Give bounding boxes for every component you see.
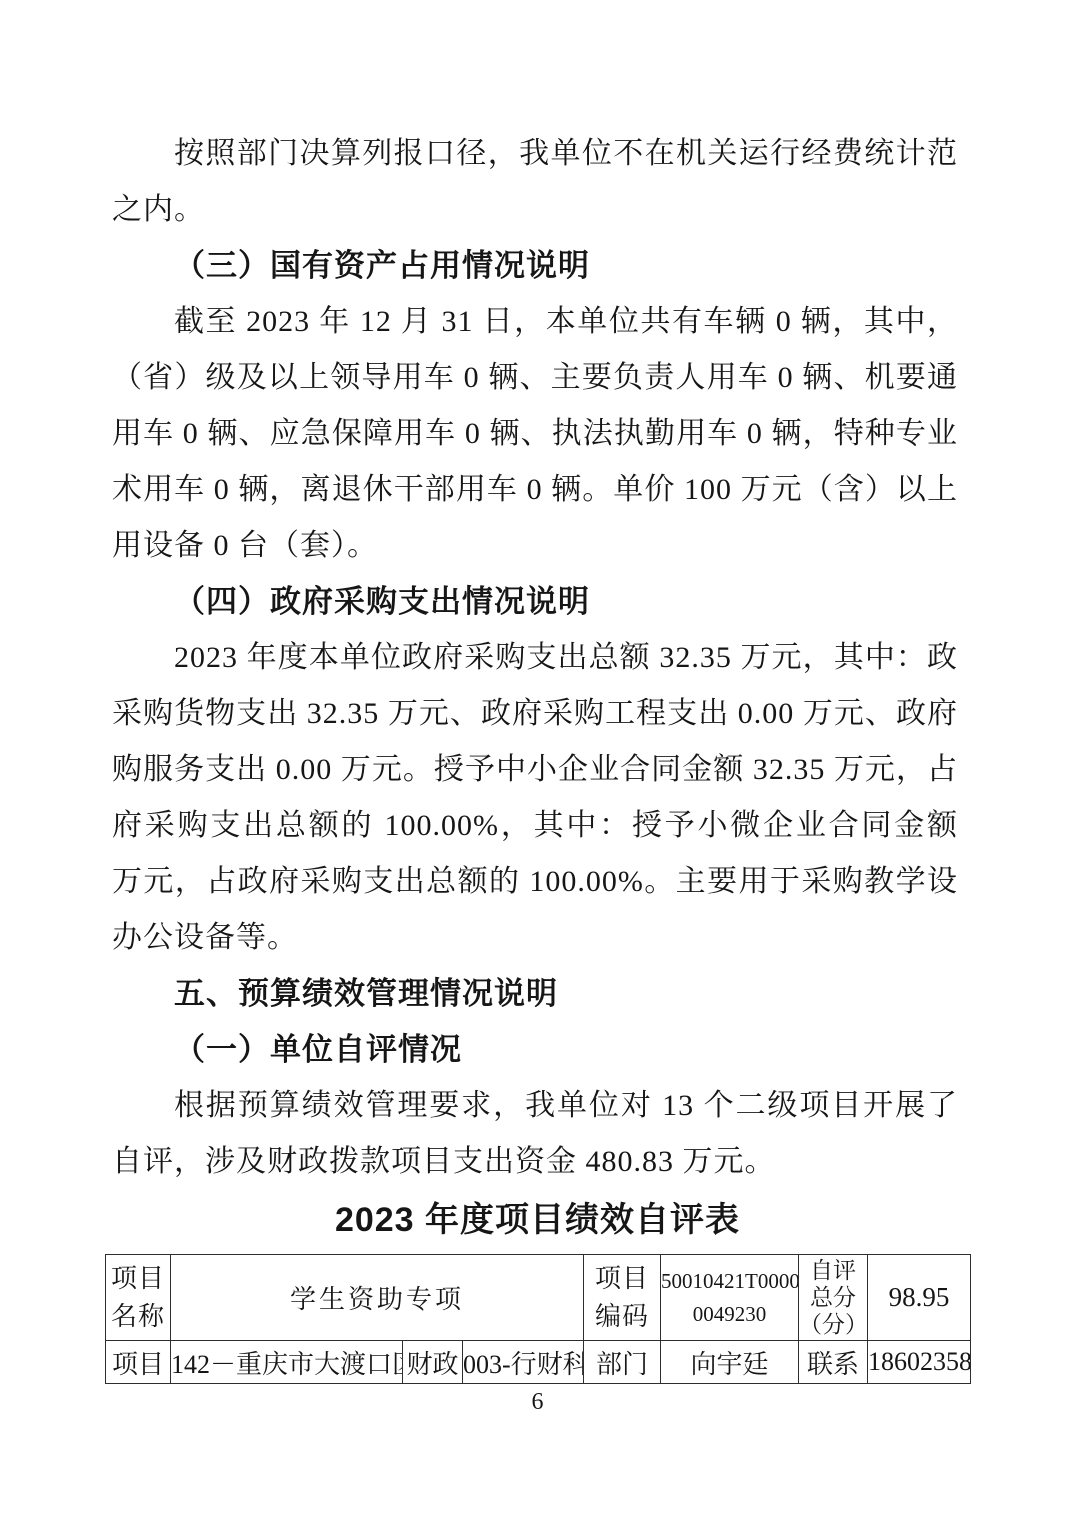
self-evaluation-table: 项目 名称 学生资助专项 项目 编码 50010421T00000 004923… (105, 1254, 971, 1384)
project-name-label-cell: 项目 名称 (106, 1255, 171, 1341)
table-row: 项目 名称 学生资助专项 项目 编码 50010421T00000 004923… (106, 1255, 971, 1341)
section-cell: 003-行财科 (463, 1341, 584, 1384)
document-page: 按照部门决算列报口径，我单位不在机关运行经费统计范围之内。（三）国有资产占用情况… (0, 0, 1074, 1520)
label-line: 项目 (584, 1260, 660, 1298)
table-row: 项目 142－重庆市大渡口区教育 财政 003-行财科 部门 向宇廷 联系 18… (106, 1341, 971, 1384)
section-heading: （一）单位自评情况 (112, 1022, 958, 1078)
text-line: 之内。 (112, 182, 958, 238)
row2-label-cell: 项目 (106, 1341, 171, 1384)
text-line: 用车 0 辆、应急保障用车 0 辆、执法执勤用车 0 辆，特种专业技 (112, 406, 958, 462)
contact-label-cell: 联系 (799, 1341, 868, 1384)
text-line: （省）级及以上领导用车 0 辆、主要负责人用车 0 辆、机要通信 (112, 350, 958, 406)
contact-phone-cell: 1860235863 (868, 1341, 971, 1384)
code-line: 0049230 (661, 1298, 798, 1331)
text-line: 万元，占政府采购支出总额的 100.00%。主要用于采购教学设备、 (112, 854, 958, 910)
label-line: （分） (799, 1311, 867, 1338)
text-line: 用设备 0 台（套）。 (112, 518, 958, 574)
label-line: 编码 (584, 1298, 660, 1336)
text-line: 购服务支出 0.00 万元。授予中小企业合同金额 32.35 万元，占政 (112, 742, 958, 798)
self-score-label-cell: 自评 总分 （分） (799, 1255, 868, 1341)
project-code-label-cell: 项目 编码 (584, 1255, 661, 1341)
label-line: 总分 (799, 1284, 867, 1311)
text-line: 采购货物支出 32.35 万元、政府采购工程支出 0.00 万元、政府采 (112, 686, 958, 742)
label-line: 名称 (106, 1298, 170, 1336)
unit-name-cell: 142－重庆市大渡口区教育 (171, 1341, 403, 1384)
table-title: 2023 年度项目绩效自评表 (105, 1196, 970, 1244)
section-heading: （三）国有资产占用情况说明 (112, 238, 958, 294)
project-name-cell: 学生资助专项 (171, 1255, 584, 1341)
code-line: 50010421T00000 (661, 1265, 798, 1298)
section-heading: （四）政府采购支出情况说明 (112, 574, 958, 630)
project-code-cell: 50010421T00000 0049230 (661, 1255, 799, 1341)
page-number: 6 (105, 1389, 970, 1416)
text-line: 府采购支出总额的 100.00%，其中：授予小微企业合同金额 32.35 (112, 798, 958, 854)
label-line: 项目 (106, 1260, 170, 1298)
text-line: 自评，涉及财政拨款项目支出资金 480.83 万元。 (112, 1134, 958, 1190)
finance-cell: 财政 (403, 1341, 463, 1384)
text-line: 术用车 0 辆，离退休干部用车 0 辆。单价 100 万元（含）以上专 (112, 462, 958, 518)
self-score-value-cell: 98.95 (868, 1255, 971, 1341)
text-line: 办公设备等。 (112, 910, 958, 966)
label-line: 自评 (799, 1257, 867, 1284)
text-line: 截至 2023 年 12 月 31 日，本单位共有车辆 0 辆，其中，副部 (112, 294, 958, 350)
department-label-cell: 部门 (584, 1341, 661, 1384)
section-heading: 五、预算绩效管理情况说明 (112, 966, 958, 1022)
text-line: 2023 年度本单位政府采购支出总额 32.35 万元，其中：政府 (112, 630, 958, 686)
document-body: 按照部门决算列报口径，我单位不在机关运行经费统计范围之内。（三）国有资产占用情况… (105, 126, 970, 1190)
contact-name-cell: 向宇廷 (661, 1341, 799, 1384)
text-line: 按照部门决算列报口径，我单位不在机关运行经费统计范围 (112, 126, 958, 182)
text-line: 根据预算绩效管理要求，我单位对 13 个二级项目开展了绩效 (112, 1078, 958, 1134)
